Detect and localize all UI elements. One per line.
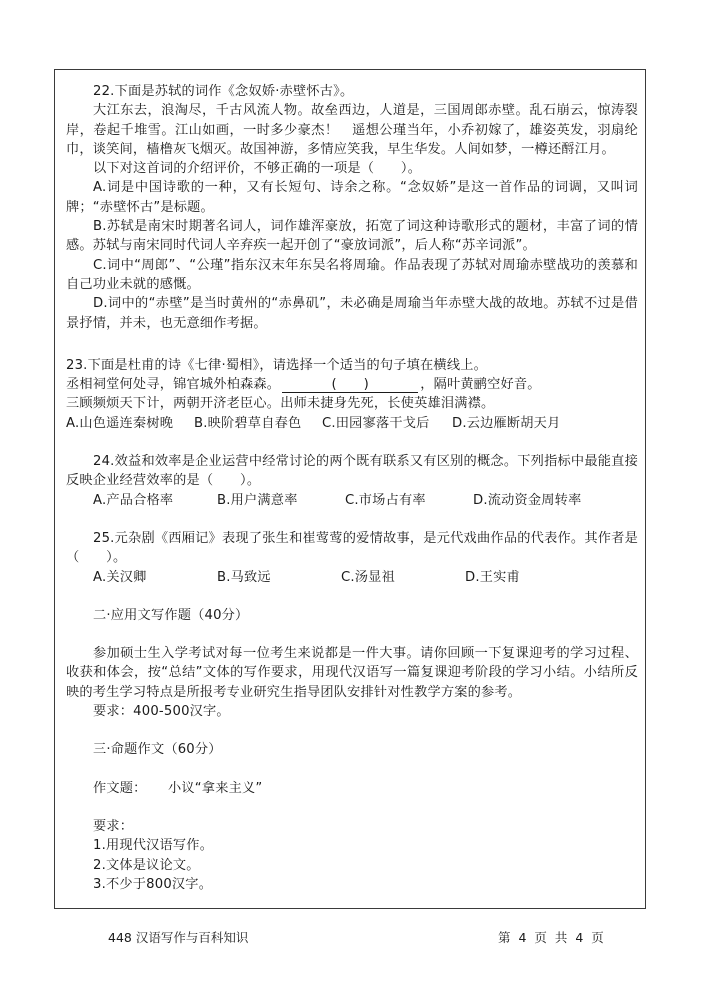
section2-heading: 二·应用文写作题（40分） xyxy=(66,606,638,625)
q23-option-c: C.田园寥落干戈后 xyxy=(322,414,452,433)
q22-option-a: A.词是中国诗歌的一种，又有长短句、诗余之称。“念奴娇”是这一首作品的词调，又叫… xyxy=(66,178,638,217)
section3-heading: 三·命题作文（60分） xyxy=(66,740,638,759)
exam-page: 22.下面是苏轼的词作《念奴娇·赤壁怀古》。 大江东去，浪淘尽，千古风流人物。故… xyxy=(0,0,705,994)
q24-option-c: C.市场占有率 xyxy=(345,491,473,510)
q25-option-c: C.汤显祖 xyxy=(341,568,465,587)
q24-option-a: A.产品合格率 xyxy=(93,491,217,510)
q25-option-d: D.王实甫 xyxy=(465,568,520,587)
q23-option-a: A.山色遥连秦树晚 xyxy=(66,414,194,433)
q22-poem: 大江东去，浪淘尽，千古风流人物。故垒西边，人道是，三国周郎赤壁。乱石崩云，惊涛裂… xyxy=(66,101,638,159)
q22-question: 以下对这首词的介绍评价，不够正确的一项是（ ）。 xyxy=(66,159,638,178)
footer-course-name: 448 汉语写作与百科知识 xyxy=(108,928,248,946)
q24-option-b: B.用户满意率 xyxy=(217,491,345,510)
q23-stem: 23.下面是杜甫的诗《七律·蜀相》，请选择一个适当的句子填在横线上。 xyxy=(66,356,638,375)
q22-option-b: B.苏轼是南宋时期著名词人，词作雄浑豪放，拓宽了词这种诗歌形式的题材，丰富了词的… xyxy=(66,217,638,256)
q25-option-b: B.马致远 xyxy=(217,568,341,587)
q25-option-a: A.关汉卿 xyxy=(93,568,217,587)
q23-line1: 丞相祠堂何处寻，锦官城外柏森森。( )，隔叶黄鹂空好音。 xyxy=(66,375,638,394)
q23-line1-after: ，隔叶黄鹂空好音。 xyxy=(420,377,541,392)
q24-option-d: D.流动资金周转率 xyxy=(473,491,581,510)
q24-stem: 24.效益和效率是企业运营中经常讨论的两个既有联系又有区别的概念。下列指标中最能… xyxy=(66,452,638,491)
q23-option-d: D.云边雁断胡天月 xyxy=(452,414,560,433)
q22-option-d: D.词中的“赤壁”是当时黄州的“赤鼻矶”，未必确是周瑜当年赤壁大战的故地。苏轼不… xyxy=(66,294,638,333)
q23-line1-before: 丞相祠堂何处寻，锦官城外柏森森。 xyxy=(66,377,280,392)
footer-page-number: 第 4 页 共 4 页 xyxy=(498,928,606,946)
q25-stem: 25.元杂剧《西厢记》表现了张生和崔莺莺的爱情故事，是元代戏曲作品的代表作。其作… xyxy=(66,529,638,568)
q25-options: A.关汉卿 B.马致远 C.汤显祖 D.王实甫 xyxy=(66,568,638,587)
q23-option-b: B.映阶碧草自春色 xyxy=(194,414,322,433)
essay-requirement-3: 3.不少于800汉字。 xyxy=(66,875,638,894)
section2-requirement: 要求：400-500汉字。 xyxy=(66,702,638,721)
essay-requirements-label: 要求： xyxy=(66,817,638,836)
section2-prompt: 参加硕士生入学考试对每一位考生来说都是一件大事。请你回顾一下复课迎考的学习过程、… xyxy=(66,644,638,702)
q23-options: A.山色遥连秦树晚 B.映阶碧草自春色 C.田园寥落干戈后 D.云边雁断胡天月 xyxy=(66,414,638,433)
q23-fill-blank: ( ) xyxy=(282,377,418,393)
essay-requirement-1: 1.用现代汉语写作。 xyxy=(66,836,638,855)
essay-requirement-2: 2.文体是议论文。 xyxy=(66,856,638,875)
essay-title: 小议“拿来主义” xyxy=(168,781,262,796)
q22-option-c: C.词中“周郎”、“公瑾”指东汉末年东吴名将周瑜。作品表现了苏轼对周瑜赤壁战功的… xyxy=(66,256,638,295)
q23-line2: 三顾频烦天下计，两朝开济老臣心。出师未捷身先死，长使英雄泪满襟。 xyxy=(66,394,638,413)
exam-content: 22.下面是苏轼的词作《念奴娇·赤壁怀古》。 大江东去，浪淘尽，千古风流人物。故… xyxy=(66,82,638,894)
q24-options: A.产品合格率 B.用户满意率 C.市场占有率 D.流动资金周转率 xyxy=(66,491,638,510)
essay-title-label: 作文题： xyxy=(93,779,168,798)
essay-title-line: 作文题：小议“拿来主义” xyxy=(66,779,638,798)
q22-stem: 22.下面是苏轼的词作《念奴娇·赤壁怀古》。 xyxy=(66,82,638,101)
